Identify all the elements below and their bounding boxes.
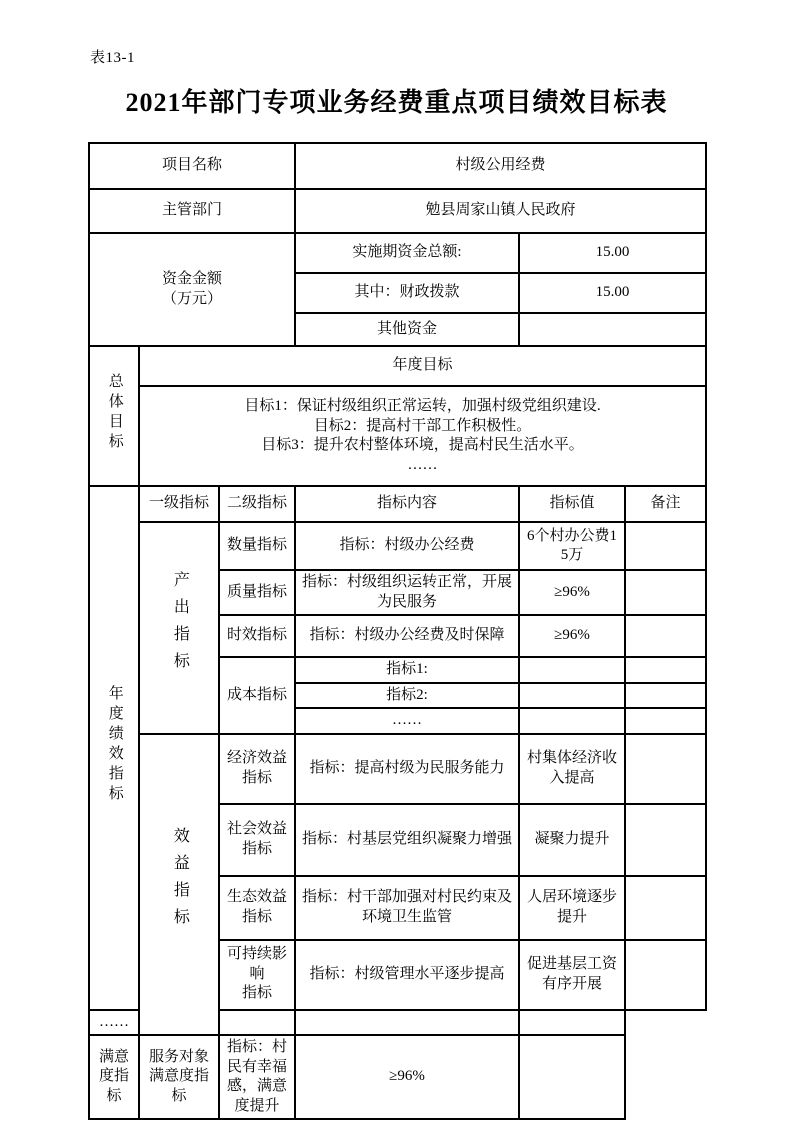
indicator-note [625,522,706,570]
benefit-indicator-group-label: 效益指标 [139,734,219,1036]
col-header-note: 备注 [625,486,706,522]
indicator-content: 指标：提高村级为民服务能力 [295,734,519,804]
fund-total-label: 实施期资金总额: [295,233,519,273]
indicator-content [219,1010,295,1036]
output-indicator-group-label: 产出指标 [139,522,219,734]
project-name-label: 项目名称 [89,143,295,189]
table-row: 资金金额 （万元） 实施期资金总额: 15.00 [89,233,706,273]
indicator-level2: 质量指标 [219,570,295,615]
overall-goals-text: 目标1：保证村级组织正常运转，加强村级党组织建设. 目标2：提高村干部工作积极性… [139,386,706,486]
indicator-note [625,657,706,683]
indicator-level2: 时效指标 [219,615,295,657]
indicator-value: ≥96% [519,570,625,615]
indicator-content: 指标：村级办公经费 [295,522,519,570]
indicator-value [295,1010,519,1036]
indicator-content: 指标：村干部加强对村民约束及环境卫生监管 [295,876,519,940]
col-header-level2: 二级指标 [219,486,295,522]
table-row: 项目名称 村级公用经费 [89,143,706,189]
table-row: 满意度指标 服务对象满意度指标 指标：村民有幸福感，满意度提升 ≥96% [89,1035,706,1119]
project-name-value: 村级公用经费 [295,143,706,189]
overall-goal-side-label-text: 总体目标 [104,373,124,453]
indicator-content: 指标：村级办公经费及时保障 [295,615,519,657]
fund-fiscal-value: 15.00 [519,273,706,313]
department-value: 勉县周家山镇人民政府 [295,189,706,233]
col-header-level1: 一级指标 [139,486,219,522]
benefit-indicator-group-label-text: 效益指标 [169,827,190,935]
performance-target-table: 项目名称 村级公用经费 主管部门 勉县周家山镇人民政府 资金金额 （万元） 实施… [88,142,707,1120]
fund-amount-label: 资金金额 （万元） [89,233,295,346]
indicator-note [519,1010,625,1036]
indicator-level2: 可持续影响 指标 [219,940,295,1010]
table-row: 目标1：保证村级组织正常运转，加强村级党组织建设. 目标2：提高村干部工作积极性… [89,386,706,486]
indicator-content: 指标：村级组织运转正常，开展为民服务 [295,570,519,615]
indicator-level2: 服务对象满意度指标 [139,1035,219,1119]
indicator-value: 村集体经济收入提高 [519,734,625,804]
fund-other-label: 其他资金 [295,313,519,346]
indicator-content: 指标：村基层党组织凝聚力增强 [295,804,519,876]
document-page: 表13-1 2021年部门专项业务经费重点项目绩效目标表 项目名称 村级公用经费… [0,0,793,1122]
fund-other-value [519,313,706,346]
indicator-value [519,657,625,683]
document-title: 2021年部门专项业务经费重点项目绩效目标表 [0,82,793,119]
annual-goal-header: 年度目标 [139,346,706,386]
indicator-note [625,708,706,734]
indicator-value: 促进基层工资有序开展 [519,940,625,1010]
indicator-level2: 数量指标 [219,522,295,570]
indicator-content: 指标：村民有幸福感，满意度提升 [219,1035,295,1119]
indicator-level2: 经济效益指标 [219,734,295,804]
indicator-note [625,804,706,876]
cost-indicator-label: 成本指标 [219,657,295,734]
indicator-note [625,876,706,940]
fund-total-value: 15.00 [519,233,706,273]
indicator-note [625,570,706,615]
indicator-content: 指标1: [295,657,519,683]
indicator-level2: 社会效益指标 [219,804,295,876]
indicator-note [625,683,706,709]
indicator-level2: 生态效益指标 [219,876,295,940]
indicator-level2: …… [89,1010,139,1036]
table-row: 主管部门 勉县周家山镇人民政府 [89,189,706,233]
indicator-content: 指标：村级管理水平逐步提高 [295,940,519,1010]
indicator-content: …… [295,708,519,734]
indicator-value: 6个村办公费15万 [519,522,625,570]
indicator-note [519,1035,625,1119]
annual-indicator-side-label-text: 年度绩效指标 [104,685,124,805]
indicator-value: 凝聚力提升 [519,804,625,876]
indicator-value [519,708,625,734]
indicator-value: ≥96% [295,1035,519,1119]
fund-fiscal-label: 其中：财政拨款 [295,273,519,313]
indicator-value: ≥96% [519,615,625,657]
col-header-value: 指标值 [519,486,625,522]
output-indicator-group-label-text: 产出指标 [169,571,190,679]
table-number-label: 表13-1 [90,46,135,67]
indicator-note [625,734,706,804]
overall-goal-side-label: 总体目标 [89,346,139,486]
indicator-value: 人居环境逐步提升 [519,876,625,940]
indicator-note [625,940,706,1010]
table-row: 年度绩效指标 一级指标 二级指标 指标内容 指标值 备注 [89,486,706,522]
indicator-content: 指标2: [295,683,519,709]
indicator-note [625,615,706,657]
table-row: 效益指标 经济效益指标 指标：提高村级为民服务能力 村集体经济收入提高 [89,734,706,804]
satisfaction-group-label: 满意度指标 [89,1035,139,1119]
annual-indicator-side-label: 年度绩效指标 [89,486,139,1010]
table-row: 产出指标 数量指标 指标：村级办公经费 6个村办公费15万 [89,522,706,570]
table-row: 总体目标 年度目标 [89,346,706,386]
col-header-content: 指标内容 [295,486,519,522]
department-label: 主管部门 [89,189,295,233]
indicator-value [519,683,625,709]
